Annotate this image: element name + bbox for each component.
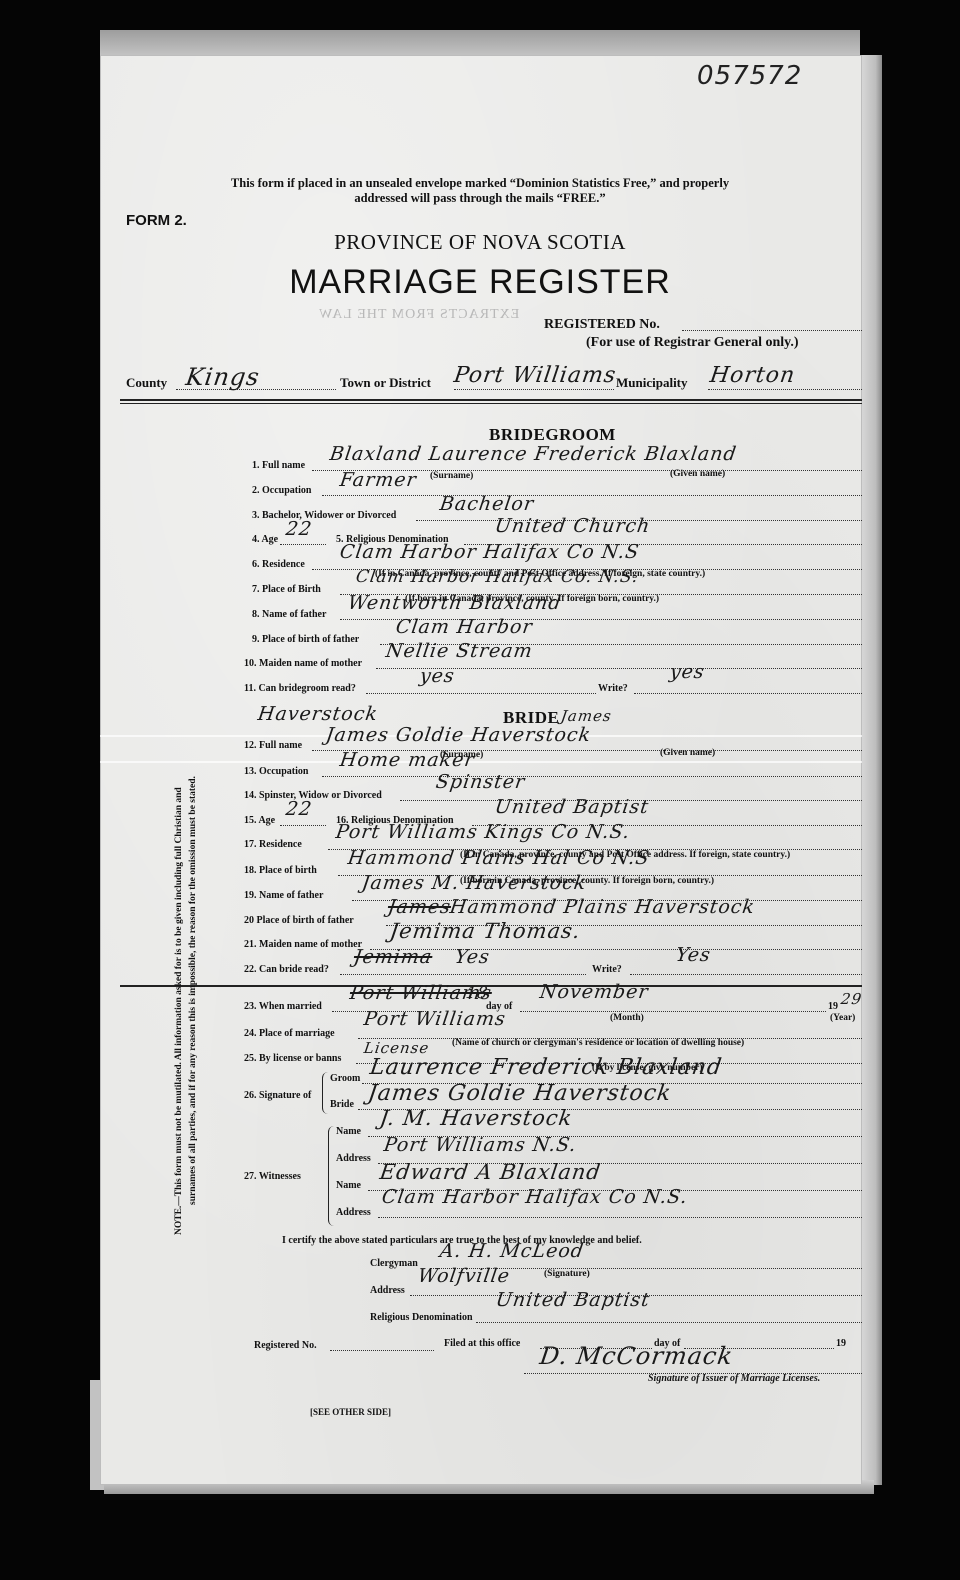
filing-year-prefix: 19 (836, 1338, 846, 1349)
groom-write-label: Write? (598, 683, 628, 694)
wedding-day[interactable]: 18 (465, 983, 490, 1002)
page-title: MARRIAGE REGISTER (100, 263, 860, 302)
county-label: County (126, 375, 167, 391)
mail-notice-line-2: addressed will pass through the mails “F… (100, 191, 860, 206)
month-hint: (Month) (610, 1013, 644, 1023)
bride-occupation-label: 13. Occupation (244, 766, 308, 777)
bridegroom-heading: BRIDEGROOM (489, 425, 616, 445)
province-heading: PROVINCE OF NOVA SCOTIA (100, 230, 860, 255)
town-label: Town or District (340, 375, 431, 391)
bride-full-name-value[interactable]: James Goldie Haverstock (324, 724, 592, 746)
groom-father-birthplace-value[interactable]: Clam Harbor (394, 616, 534, 638)
filed-label: Filed at this office (444, 1338, 520, 1349)
registrar-note: (For use of Registrar General only.) (586, 335, 799, 351)
bride-mother-label: 21. Maiden name of mother (244, 939, 362, 950)
side-note-line-1: NOTE.—This form must not be mutilated. A… (172, 595, 186, 1235)
see-other-side-note: [SEE OTHER SIDE] (310, 1407, 391, 1417)
bride-birthplace-label: 18. Place of birth (244, 865, 317, 876)
issuer-label: Signature of Issuer of Marriage Licenses… (648, 1373, 820, 1384)
issuer-signature[interactable]: D. McCormack (538, 1342, 735, 1370)
registered-no-label: REGISTERED No. (544, 317, 660, 333)
license-label: 25. By license or banns (244, 1053, 341, 1064)
signature-label: 26. Signature of (244, 1090, 311, 1101)
bride-signature[interactable]: James Goldie Haverstock (366, 1081, 673, 1106)
bride-full-name-label: 12. Full name (244, 740, 302, 751)
groom-full-name-value[interactable]: Blaxland Laurence Frederick Blaxland (328, 443, 738, 465)
bleed-through-text: EXTRACTS FROM THE LAW (318, 307, 519, 323)
groom-occupation-label: 2. Occupation (252, 485, 311, 496)
bride-age-value[interactable]: 22 (284, 798, 313, 820)
bride-marital-status-value[interactable]: Spinster (434, 771, 526, 793)
bride-father-birthplace-value[interactable]: Hammond Plains Haverstock (448, 896, 756, 918)
bride-signature-label: Bride (330, 1099, 354, 1110)
bride-read-struck: Jemima (352, 946, 433, 968)
entry-line (520, 1011, 826, 1012)
side-note: NOTE.—This form must not be mutilated. A… (172, 595, 200, 1235)
entry-line (322, 776, 862, 777)
bride-occupation-value[interactable]: Home maker (338, 749, 476, 771)
clergyman-label: Clergyman (370, 1258, 418, 1269)
year-prefix: 19 (828, 1001, 838, 1012)
groom-write-value[interactable]: yes (668, 661, 706, 683)
witness-1-address[interactable]: Port Williams N.S. (382, 1134, 578, 1156)
groom-residence-label: 6. Residence (252, 559, 305, 570)
bride-father-birthplace-struck: James (386, 896, 452, 918)
groom-age-label: 4. Age (252, 534, 278, 545)
witness-1-name-label: Name (336, 1126, 361, 1137)
bride-write-value[interactable]: Yes (674, 944, 712, 966)
entry-line (330, 1350, 434, 1351)
place-of-marriage-label: 24. Place of marriage (244, 1028, 335, 1039)
year-hint: (Year) (830, 1013, 855, 1023)
groom-read-value[interactable]: yes (418, 665, 456, 687)
groom-residence-value[interactable]: Clam Harbor Halifax Co N.S (338, 541, 640, 563)
bride-name-correction-right: James (560, 707, 613, 725)
entry-line (322, 495, 862, 496)
signature-brace (322, 1072, 330, 1114)
given-name-hint: (Given name) (670, 469, 725, 479)
entry-line (378, 1217, 862, 1218)
when-married-label: 23. When married (244, 1001, 322, 1012)
entry-line (280, 825, 326, 826)
clergyman-denomination[interactable]: United Baptist (494, 1289, 651, 1311)
marriage-register-form: 057572 This form if placed in an unseale… (100, 55, 862, 1485)
witness-2-name-label: Name (336, 1180, 361, 1191)
place-of-marriage-value[interactable]: Port Williams (362, 1008, 507, 1030)
county-value[interactable]: Kings (184, 363, 262, 391)
underlying-sheet-right (860, 55, 882, 1485)
groom-marital-status-value[interactable]: Bachelor (438, 493, 535, 515)
serial-number: 057572 (697, 61, 802, 91)
town-line (454, 389, 614, 390)
signature-hint: (Signature) (544, 1269, 590, 1279)
wedding-year[interactable]: 29 (840, 990, 864, 1008)
entry-line (340, 974, 586, 975)
bride-read-label: 22. Can bride read? (244, 964, 329, 975)
filing-registered-no-label: Registered No. (254, 1340, 317, 1351)
bride-religion-value[interactable]: United Baptist (493, 796, 650, 818)
groom-signature-label: Groom (330, 1073, 360, 1084)
groom-signature[interactable]: Laurence Frederick Blaxland (368, 1055, 724, 1080)
bride-name-correction-left: Haverstock (256, 703, 379, 725)
groom-religion-value[interactable]: United Church (493, 515, 651, 537)
bride-residence-label: 17. Residence (244, 839, 302, 850)
bride-father-value[interactable]: James M. Haverstock (360, 872, 588, 894)
municipality-line (708, 389, 862, 390)
entry-line (370, 949, 862, 950)
groom-birthplace-value[interactable]: Clam Harbor Halifax Co. N.S. (355, 567, 640, 587)
groom-father-value[interactable]: Wentworth Blaxland (346, 592, 563, 614)
witnesses-brace (328, 1126, 336, 1226)
bride-residence-value[interactable]: Port Williams Kings Co N.S. (334, 821, 631, 843)
witness-2-name[interactable]: Edward A Blaxland (378, 1160, 602, 1184)
groom-mother-value[interactable]: Nellie Stream (384, 640, 534, 662)
form-number: FORM 2. (126, 212, 187, 229)
bride-write-label: Write? (592, 964, 622, 975)
entry-line (476, 1322, 862, 1323)
entry-line (366, 693, 596, 694)
registered-no-line (682, 330, 862, 331)
clergyman-signature[interactable]: A. H. McLeod (438, 1240, 585, 1262)
witness-1-name[interactable]: J. M. Haverstock (378, 1106, 574, 1130)
groom-father-birthplace-label: 9. Place of birth of father (252, 634, 359, 645)
bride-birthplace-value[interactable]: Hammond Plains Hal Co N.S (346, 847, 651, 869)
witness-2-address[interactable]: Clam Harbor Halifax Co N.S. (380, 1186, 689, 1208)
bride-father-label: 19. Name of father (244, 890, 323, 901)
header-rule (120, 399, 862, 404)
witness-1-address-label: Address (336, 1153, 371, 1164)
clergyman-address-label: Address (370, 1285, 405, 1296)
groom-full-name-label: 1. Full name (252, 460, 305, 471)
entry-line (280, 544, 326, 545)
wedding-month[interactable]: November (538, 981, 650, 1003)
groom-marital-status-label: 3. Bachelor, Widower or Divorced (252, 510, 396, 521)
groom-birthplace-label: 7. Place of Birth (252, 584, 321, 595)
bride-father-birthplace-label: 20 Place of birth of father (244, 915, 354, 926)
bride-age-label: 15. Age (244, 815, 275, 826)
entry-line (634, 693, 862, 694)
surname-hint: (Surname) (430, 471, 473, 481)
bride-mother-value[interactable]: Jemima Thomas. (388, 919, 582, 943)
place-hint: (Name of church or clergyman's residence… (452, 1038, 744, 1048)
municipality-label: Municipality (616, 375, 688, 391)
witness-2-address-label: Address (336, 1207, 371, 1218)
side-note-line-2: surnames of all parties, and if for any … (186, 595, 200, 1235)
groom-age-value[interactable]: 22 (284, 518, 313, 540)
given-name-hint: (Given name) (660, 748, 715, 758)
fold-crease (100, 761, 862, 763)
groom-read-label: 11. Can bridegroom read? (244, 683, 356, 694)
entry-line (630, 974, 862, 975)
groom-occupation-value[interactable]: Farmer (338, 469, 418, 491)
groom-mother-label: 10. Maiden name of mother (244, 658, 362, 669)
mail-notice-line-1: This form if placed in an unsealed envel… (100, 176, 860, 191)
clergyman-address[interactable]: Wolfville (416, 1265, 511, 1287)
municipality-value[interactable]: Horton (708, 363, 797, 388)
bride-read-value[interactable]: Yes (453, 946, 491, 968)
clergyman-denomination-label: Religious Denomination (370, 1312, 473, 1323)
witnesses-label: 27. Witnesses (244, 1171, 301, 1182)
town-value[interactable]: Port Williams (452, 363, 618, 388)
groom-father-label: 8. Name of father (252, 609, 326, 620)
